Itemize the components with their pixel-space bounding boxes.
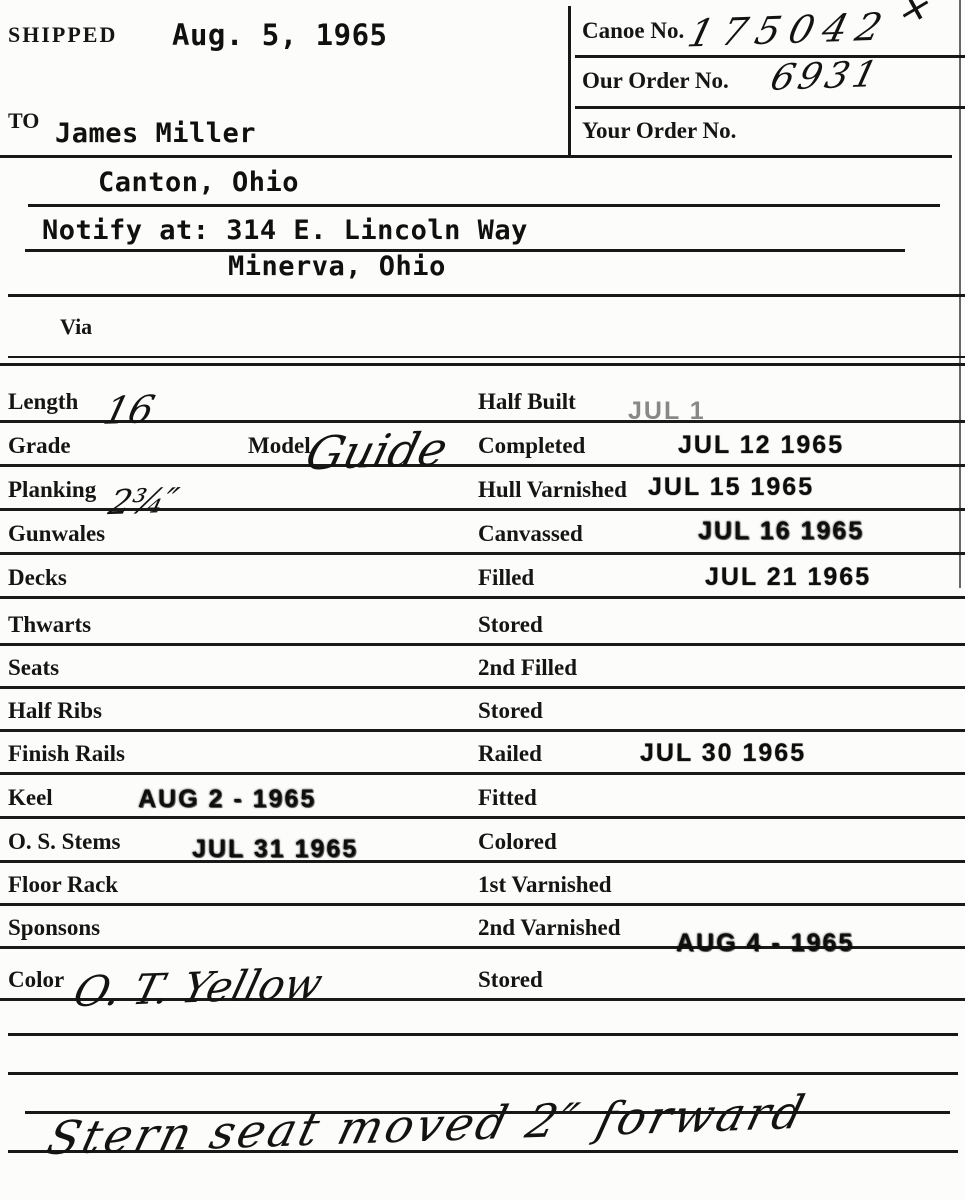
field-label-length: Length <box>8 389 78 415</box>
field-label-planking: Planking <box>8 477 96 503</box>
canoe-no-handwritten-value: 175042 <box>684 5 896 56</box>
double-rule-bottom <box>0 363 965 366</box>
date-stamp-half-built: JUL 1 <box>628 397 706 426</box>
double-rule-top <box>8 356 965 358</box>
field-label-floor-rack: Floor Rack <box>8 872 118 898</box>
date-stamp-canvassed: JUL 16 1965 <box>698 517 864 546</box>
status-label-hull-varnished: Hull Varnished <box>478 477 627 503</box>
field-label-color: Color <box>8 967 64 993</box>
date-stamp-os-stems: JUL 31 1965 <box>192 835 358 864</box>
status-label-1st-varnished: 1st Varnished <box>478 872 612 898</box>
build-row-thwarts: Thwarts Stored <box>0 599 965 646</box>
build-row-grade: Grade Model Guide Completed JUL 12 1965 <box>0 423 965 467</box>
your-order-no-label: Your Order No. <box>582 118 736 144</box>
status-label-canvassed: Canvassed <box>478 521 583 547</box>
field-label-gunwales: Gunwales <box>8 521 105 547</box>
rule-line <box>25 249 905 252</box>
our-order-underline <box>575 106 965 109</box>
notify-city-line: Minerva, Ohio <box>228 251 446 282</box>
field-label-keel: Keel <box>8 785 53 811</box>
status-label-completed: Completed <box>478 433 585 459</box>
order-box-divider-line <box>568 6 571 158</box>
canoe-no-label: Canoe No. <box>582 18 684 44</box>
build-row-decks: Decks Filled JUL 21 1965 <box>0 555 965 599</box>
build-row-seats: Seats 2nd Filled <box>0 646 965 689</box>
field-label-half-ribs: Half Ribs <box>8 698 102 724</box>
canoe-shipping-record-card: SHIPPED Aug. 5, 1965 Canoe No. 175042 ✕ … <box>0 0 965 1200</box>
handwritten-model-value: Guide <box>301 422 454 481</box>
build-row-floor-rack: Floor Rack 1st Varnished <box>0 863 965 906</box>
blank-rule-line <box>8 1072 958 1075</box>
status-label-2nd-varnished: 2nd Varnished <box>478 915 621 941</box>
build-row-os-stems: O. S. Stems JUL 31 1965 Colored <box>0 819 965 863</box>
date-stamp-railed: JUL 30 1965 <box>640 739 806 768</box>
build-row-color: Color O. T. Yellow Stored <box>0 949 965 1001</box>
date-stamp-filled: JUL 21 1965 <box>705 563 871 592</box>
field-label-os-stems: O. S. Stems <box>8 829 120 855</box>
our-order-no-handwritten-value: 6931 <box>766 54 885 99</box>
status-label-2nd-filled: 2nd Filled <box>478 655 577 681</box>
rule-line <box>28 204 940 207</box>
build-row-half-ribs: Half Ribs Stored <box>0 689 965 732</box>
field-label-sponsons: Sponsons <box>8 915 100 941</box>
our-order-no-label: Our Order No. <box>582 68 729 94</box>
handwritten-x-mark: ✕ <box>895 0 929 32</box>
shipped-label: SHIPPED <box>8 22 117 48</box>
handwritten-footnote: Stern seat moved 2″ forward <box>42 1085 813 1165</box>
field-label-finish-rails: Finish Rails <box>8 741 125 767</box>
build-row-finish-rails: Finish Rails Railed JUL 30 1965 <box>0 732 965 775</box>
consignee-city: Canton, Ohio <box>98 167 299 198</box>
date-stamp-keel: AUG 2 - 1965 <box>138 785 316 814</box>
build-row-planking: Planking 2¾″ Hull Varnished JUL 15 1965 <box>0 467 965 511</box>
notify-address-line: Notify at: 314 E. Lincoln Way <box>42 215 528 246</box>
status-label-half-built: Half Built <box>478 389 576 415</box>
date-stamp-hull-varnished: JUL 15 1965 <box>648 473 814 502</box>
date-stamp-completed: JUL 12 1965 <box>678 431 844 460</box>
shipped-date-value: Aug. 5, 1965 <box>172 18 388 52</box>
to-label: TO <box>8 108 39 134</box>
build-row-sponsons: Sponsons 2nd Varnished AUG 4 - 1965 <box>0 906 965 949</box>
field-label-model: Model <box>248 433 311 459</box>
build-row-keel: Keel AUG 2 - 1965 Fitted <box>0 775 965 819</box>
handwritten-color-value: O. T. Yellow <box>69 959 328 1016</box>
status-label-filled: Filled <box>478 565 534 591</box>
via-label: Via <box>60 314 92 340</box>
rule-line <box>0 155 952 158</box>
blank-rule-line <box>8 1033 958 1036</box>
consignee-name: James Miller <box>55 118 256 149</box>
canoe-no-underline <box>575 55 965 58</box>
status-label-stored-2: Stored <box>478 698 543 724</box>
field-label-thwarts: Thwarts <box>8 612 91 638</box>
field-label-seats: Seats <box>8 655 59 681</box>
build-row-gunwales: Gunwales Canvassed JUL 16 1965 <box>0 511 965 555</box>
status-label-colored: Colored <box>478 829 557 855</box>
build-row-length: Length 16 Half Built JUL 1 <box>0 367 965 423</box>
status-label-railed: Railed <box>478 741 542 767</box>
status-label-stored-3: Stored <box>478 967 543 993</box>
status-label-fitted: Fitted <box>478 785 537 811</box>
field-label-grade: Grade <box>8 433 71 459</box>
rule-line <box>8 294 965 297</box>
field-label-decks: Decks <box>8 565 67 591</box>
status-label-stored-1: Stored <box>478 612 543 638</box>
